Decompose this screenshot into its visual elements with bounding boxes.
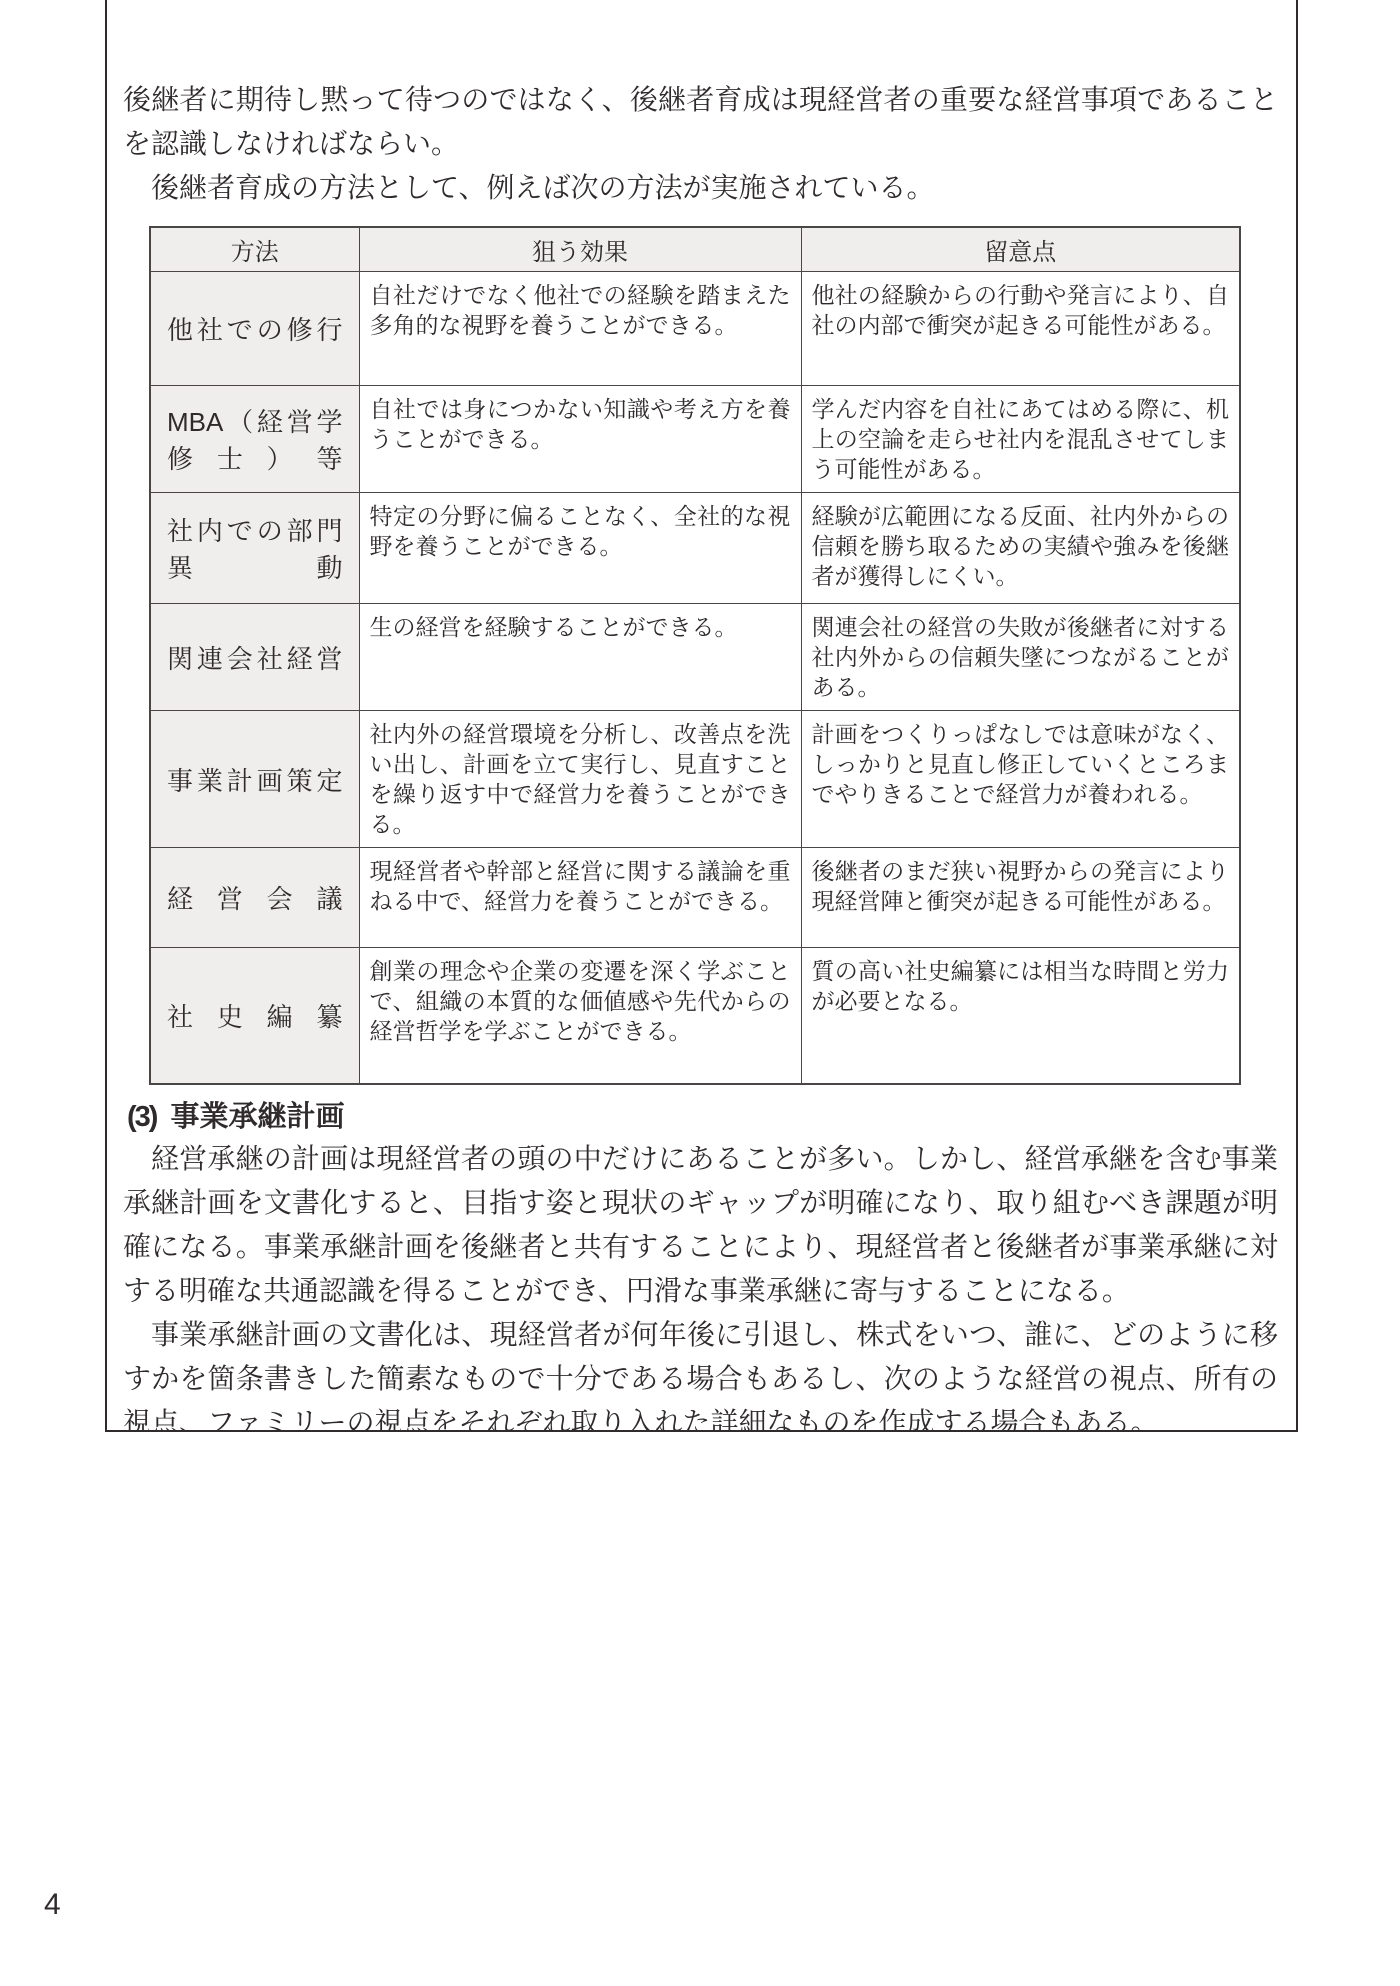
intro-paragraph-2: 後継者育成の方法として、例えば次の方法が実施されている。 [123, 166, 1278, 210]
content-border-box: 後継者に期待し黙って待つのではなく、後継者育成は現経営者の重要な経営事項であるこ… [105, 0, 1298, 1432]
page-number: 4 [44, 1888, 61, 1922]
successor-training-table: 方法 狙う効果 留意点 他社での修行 自社だけでなく他社での経験を踏まえた多角的… [149, 226, 1241, 1085]
effect-cell: 自社では身につかない知識や考え方を養うことができる。 [359, 386, 801, 493]
effect-cell: 特定の分野に偏ることなく、全社的な視野を養うことができる。 [359, 493, 801, 604]
effect-cell: 社内外の経営環境を分析し、改善点を洗い出し、計画を立て実行し、見直すことを繰り返… [359, 711, 801, 848]
note-cell: 他社の経験からの行動や発言により、自社の内部で衝突が起きる可能性がある。 [801, 272, 1240, 386]
method-cell: 関連会社経営 [150, 604, 359, 711]
table-row: 関連会社経営 生の経営を経験することができる。 関連会社の経営の失敗が後継者に対… [150, 604, 1240, 711]
table-header-row: 方法 狙う効果 留意点 [150, 227, 1240, 272]
table-row: 事業計画策定 社内外の経営環境を分析し、改善点を洗い出し、計画を立て実行し、見直… [150, 711, 1240, 848]
effect-cell: 現経営者や幹部と経営に関する議論を重ねる中で、経営力を養うことができる。 [359, 848, 801, 948]
note-cell: 経験が広範囲になる反面、社内外からの信頼を勝ち取るための実績や強みを後継者が獲得… [801, 493, 1240, 604]
section-3-paragraph-2: 事業承継計画の文書化は、現経営者が何年後に引退し、株式をいつ、誰に、どのように移… [123, 1313, 1278, 1433]
document-page: 後継者に期待し黙って待つのではなく、後継者育成は現経営者の重要な経営事項であるこ… [0, 0, 1400, 1986]
effect-cell: 生の経営を経験することができる。 [359, 604, 801, 711]
header-method: 方法 [150, 227, 359, 272]
table-row: 社史編纂 創業の理念や企業の変遷を深く学ぶことで、組織の本質的な価値感や先代から… [150, 948, 1240, 1084]
table-row: 経営会議 現経営者や幹部と経営に関する議論を重ねる中で、経営力を養うことができる… [150, 848, 1240, 948]
table-row: 社内での部門異動 特定の分野に偏ることなく、全社的な視野を養うことができる。 経… [150, 493, 1240, 604]
note-cell: 学んだ内容を自社にあてはめる際に、机上の空論を走らせ社内を混乱させてしまう可能性… [801, 386, 1240, 493]
note-cell: 関連会社の経営の失敗が後継者に対する社内外からの信頼失墜につながることがある。 [801, 604, 1240, 711]
note-cell: 質の高い社史編纂には相当な時間と労力が必要となる。 [801, 948, 1240, 1084]
effect-cell: 自社だけでなく他社での経験を踏まえた多角的な視野を養うことができる。 [359, 272, 801, 386]
effect-cell: 創業の理念や企業の変遷を深く学ぶことで、組織の本質的な価値感や先代からの経営哲学… [359, 948, 801, 1084]
note-cell: 後継者のまだ狭い視野からの発言により現経営陣と衝突が起きる可能性がある。 [801, 848, 1240, 948]
section-3-number: (3) [127, 1101, 156, 1133]
method-cell: 社内での部門異動 [150, 493, 359, 604]
section-3-paragraph-1: 経営承継の計画は現経営者の頭の中だけにあることが多い。しかし、経営承継を含む事業… [123, 1137, 1278, 1313]
method-cell: 経営会議 [150, 848, 359, 948]
method-cell: 事業計画策定 [150, 711, 359, 848]
header-effect: 狙う効果 [359, 227, 801, 272]
section-3-title: 事業承継計画 [170, 1101, 344, 1133]
method-cell: 他社での修行 [150, 272, 359, 386]
intro-paragraph-1: 後継者に期待し黙って待つのではなく、後継者育成は現経営者の重要な経営事項であるこ… [123, 78, 1278, 166]
section-3-heading: (3)事業承継計画 [127, 1097, 1278, 1137]
method-cell: 社史編纂 [150, 948, 359, 1084]
header-note: 留意点 [801, 227, 1240, 272]
table-row: 他社での修行 自社だけでなく他社での経験を踏まえた多角的な視野を養うことができる… [150, 272, 1240, 386]
note-cell: 計画をつくりっぱなしでは意味がなく、しっかりと見直し修正していくところまでやりき… [801, 711, 1240, 848]
table-row: MBA（経営学修士）等 自社では身につかない知識や考え方を養うことができる。 学… [150, 386, 1240, 493]
method-cell: MBA（経営学修士）等 [150, 386, 359, 493]
